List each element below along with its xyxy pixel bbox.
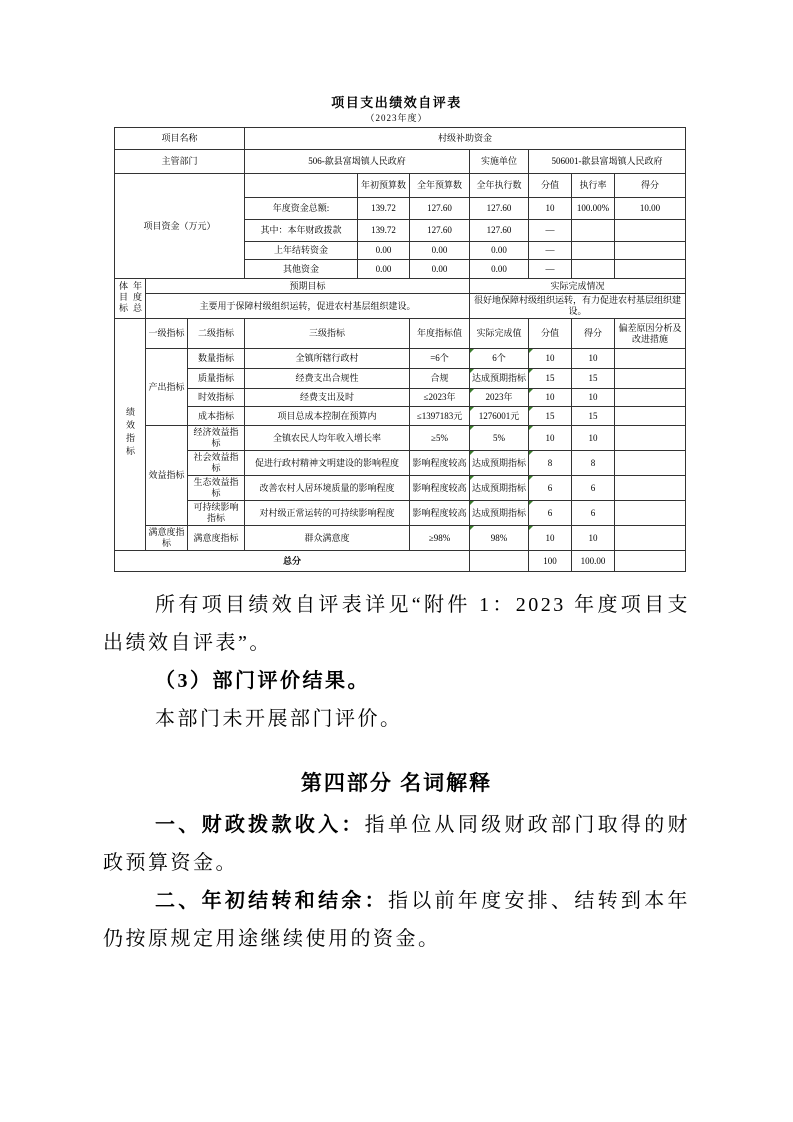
empty-cell [615,451,686,476]
indicator-actual: 6个 [470,349,529,369]
funding-annual-budget: 0.00 [410,242,470,260]
funding-executed: 127.60 [470,198,529,220]
indicator-level3: 全镇农民人均年收入增长率 [245,426,410,451]
funding-points: 10 [529,198,572,220]
funding-initial-budget: 139.72 [358,220,410,242]
indicator-score: 10 [572,526,615,551]
funding-points: — [529,242,572,260]
indicator-score: 6 [572,501,615,526]
definition-term: 一、财政拨款收入： [155,814,365,836]
funding-executed: 0.00 [470,260,529,279]
group-benefit-indicators: 效益指标 [146,426,188,526]
indicator-level3: 促进行政村精神文明建设的影响程度 [245,451,410,476]
indicator-target: 影响程度较高 [410,451,470,476]
header-level2: 二级指标 [188,319,245,349]
expected-goal-header: 预期目标 [146,279,470,294]
empty-cell [615,220,686,242]
indicator-level3: 经费支出合规性 [245,369,410,389]
group-output-indicators: 产出指标 [146,349,188,426]
indicator-points: 10 [529,526,572,551]
funding-header-annual: 全年预算数 [410,174,470,198]
funding-executed: 127.60 [470,220,529,242]
indicator-actual: 达成预期指标 [470,501,529,526]
header-deviation: 偏差原因分析及改进措施 [615,319,686,349]
indicator-level3: 项目总成本控制在预算内 [245,407,410,426]
indicator-points: 15 [529,369,572,389]
funding-row-label: 年度资金总额: [245,198,358,220]
empty-cell [615,389,686,407]
empty-cell [615,476,686,501]
indicator-score: 10 [572,389,615,407]
funding-initial-budget: 0.00 [358,260,410,279]
indicator-level2: 生态效益指标 [188,476,245,501]
funding-executed: 0.00 [470,242,529,260]
definition-fiscal-appropriation: 一、财政拨款收入：指单位从同级财政部门取得的财政预算资金。 [103,806,690,882]
empty-cell [470,551,529,572]
total-score-label: 总分 [115,551,470,572]
indicator-actual: 5% [470,426,529,451]
funding-initial-budget: 139.72 [358,198,410,220]
impl-unit-value: 506001-歙县富堨镇人民政府 [529,150,686,174]
funding-header-points: 分值 [529,174,572,198]
funding-initial-budget: 0.00 [358,242,410,260]
document-subtitle: （2023年度） [0,112,793,124]
indicator-actual: 达成预期指标 [470,476,529,501]
indicator-target: ≤2023年 [410,389,470,407]
funding-header-initial: 年初预算数 [358,174,410,198]
indicator-actual: 2023年 [470,389,529,407]
funding-side-label: 项目资金（万元） [115,174,245,279]
indicator-level2: 时效指标 [188,389,245,407]
indicator-target: ≥5% [410,426,470,451]
funding-row-label: 其中：本年财政拨款 [245,220,358,242]
funding-header-executed: 全年执行数 [470,174,529,198]
empty-cell [572,260,615,279]
section-title-part4: 第四部分 名词解释 [0,768,793,798]
actual-completion-header: 实际完成情况 [470,279,686,294]
indicator-points: 10 [529,426,572,451]
funding-row-label: 其他资金 [245,260,358,279]
empty-cell [615,501,686,526]
empty-cell [615,242,686,260]
indicators-side-label: 绩效指标 [115,319,146,551]
indicator-score: 10 [572,426,615,451]
indicator-actual: 达成预期指标 [470,451,529,476]
header-points: 分值 [529,319,572,349]
total-score: 100.00 [572,551,615,572]
empty-cell [615,369,686,389]
funding-annual-budget: 127.60 [410,198,470,220]
document-title: 项目支出绩效自评表 [0,95,793,111]
funding-points: — [529,260,572,279]
indicator-level3: 经费支出及时 [245,389,410,407]
definitions-block: 一、财政拨款收入：指单位从同级财政部门取得的财政预算资金。 二、年初结转和结余：… [103,806,690,958]
project-name-label: 项目名称 [115,128,245,150]
empty-cell [615,426,686,451]
indicator-actual: 1276001元 [470,407,529,426]
annual-goal-side-label: 年度总体目标 [115,279,146,319]
indicator-level3: 对村级正常运转的可持续影响程度 [245,501,410,526]
indicator-points: 6 [529,476,572,501]
indicator-actual: 达成预期指标 [470,369,529,389]
indicator-score: 10 [572,349,615,369]
funding-annual-budget: 0.00 [410,260,470,279]
indicator-score: 6 [572,476,615,501]
indicator-level2: 可持续影响指标 [188,501,245,526]
body-text-block: 所有项目绩效自评表详见“附件 1：2023 年度项目支出绩效自评表”。 （3）部… [103,586,690,738]
indicator-score: 15 [572,407,615,426]
paragraph-attachment-note: 所有项目绩效自评表详见“附件 1：2023 年度项目支出绩效自评表”。 [103,586,690,662]
indicator-level2: 数量指标 [188,349,245,369]
indicator-points: 8 [529,451,572,476]
funding-score: 10.00 [615,198,686,220]
header-level3: 三级指标 [245,319,410,349]
funding-header-rate: 执行率 [572,174,615,198]
empty-cell [572,220,615,242]
header-actual-value: 实际完成值 [470,319,529,349]
empty-cell [572,242,615,260]
expected-goal-text: 主要用于保障村级组织运转，促进农村基层组织建设。 [146,294,470,319]
actual-completion-text: 很好地保障村级组织运转，有力促进农村基层组织建设。 [470,294,686,319]
header-level1: 一级指标 [146,319,188,349]
indicator-points: 10 [529,389,572,407]
indicator-target: ≥98% [410,526,470,551]
empty-cell [615,551,686,572]
indicator-target: =6个 [410,349,470,369]
indicator-target: ≤1397183元 [410,407,470,426]
indicator-points: 6 [529,501,572,526]
indicator-target: 影响程度较高 [410,476,470,501]
indicator-level3: 群众满意度 [245,526,410,551]
header-target-value: 年度指标值 [410,319,470,349]
indicator-score: 15 [572,369,615,389]
indicator-actual: 98% [470,526,529,551]
empty-cell [615,349,686,369]
indicator-target: 合规 [410,369,470,389]
empty-cell [615,260,686,279]
indicator-level3: 改善农村人居环境质量的影响程度 [245,476,410,501]
indicator-points: 10 [529,349,572,369]
empty-cell [615,526,686,551]
header-score: 得分 [572,319,615,349]
indicator-level2: 成本指标 [188,407,245,426]
group-satisfaction-indicators: 满意度指标 [146,526,188,551]
empty-cell [245,174,358,198]
definition-term: 二、年初结转和结余： [155,890,388,912]
definition-carryover: 二、年初结转和结余：指以前年度安排、结转到本年仍按原规定用途继续使用的资金。 [103,882,690,958]
self-evaluation-table: 项目名称 村级补助资金 主管部门 506-歙县富堨镇人民政府 实施单位 5060… [114,127,686,572]
heading-dept-eval-result: （3）部门评价结果。 [103,662,690,700]
indicator-score: 8 [572,451,615,476]
paragraph-no-dept-eval: 本部门未开展部门评价。 [103,700,690,738]
indicator-points: 15 [529,407,572,426]
indicator-level3: 全镇所辖行政村 [245,349,410,369]
indicator-level2: 满意度指标 [188,526,245,551]
indicator-level2: 经济效益指标 [188,426,245,451]
impl-unit-label: 实施单位 [470,150,529,174]
dept-value: 506-歙县富堨镇人民政府 [245,150,470,174]
funding-row-label: 上年结转资金 [245,242,358,260]
indicator-level2: 质量指标 [188,369,245,389]
funding-header-score: 得分 [615,174,686,198]
funding-rate: 100.00% [572,198,615,220]
funding-points: — [529,220,572,242]
project-name-value: 村级补助资金 [245,128,686,150]
dept-label: 主管部门 [115,150,245,174]
empty-cell [615,407,686,426]
indicator-level2: 社会效益指标 [188,451,245,476]
total-points: 100 [529,551,572,572]
funding-annual-budget: 127.60 [410,220,470,242]
indicator-target: 影响程度较高 [410,501,470,526]
